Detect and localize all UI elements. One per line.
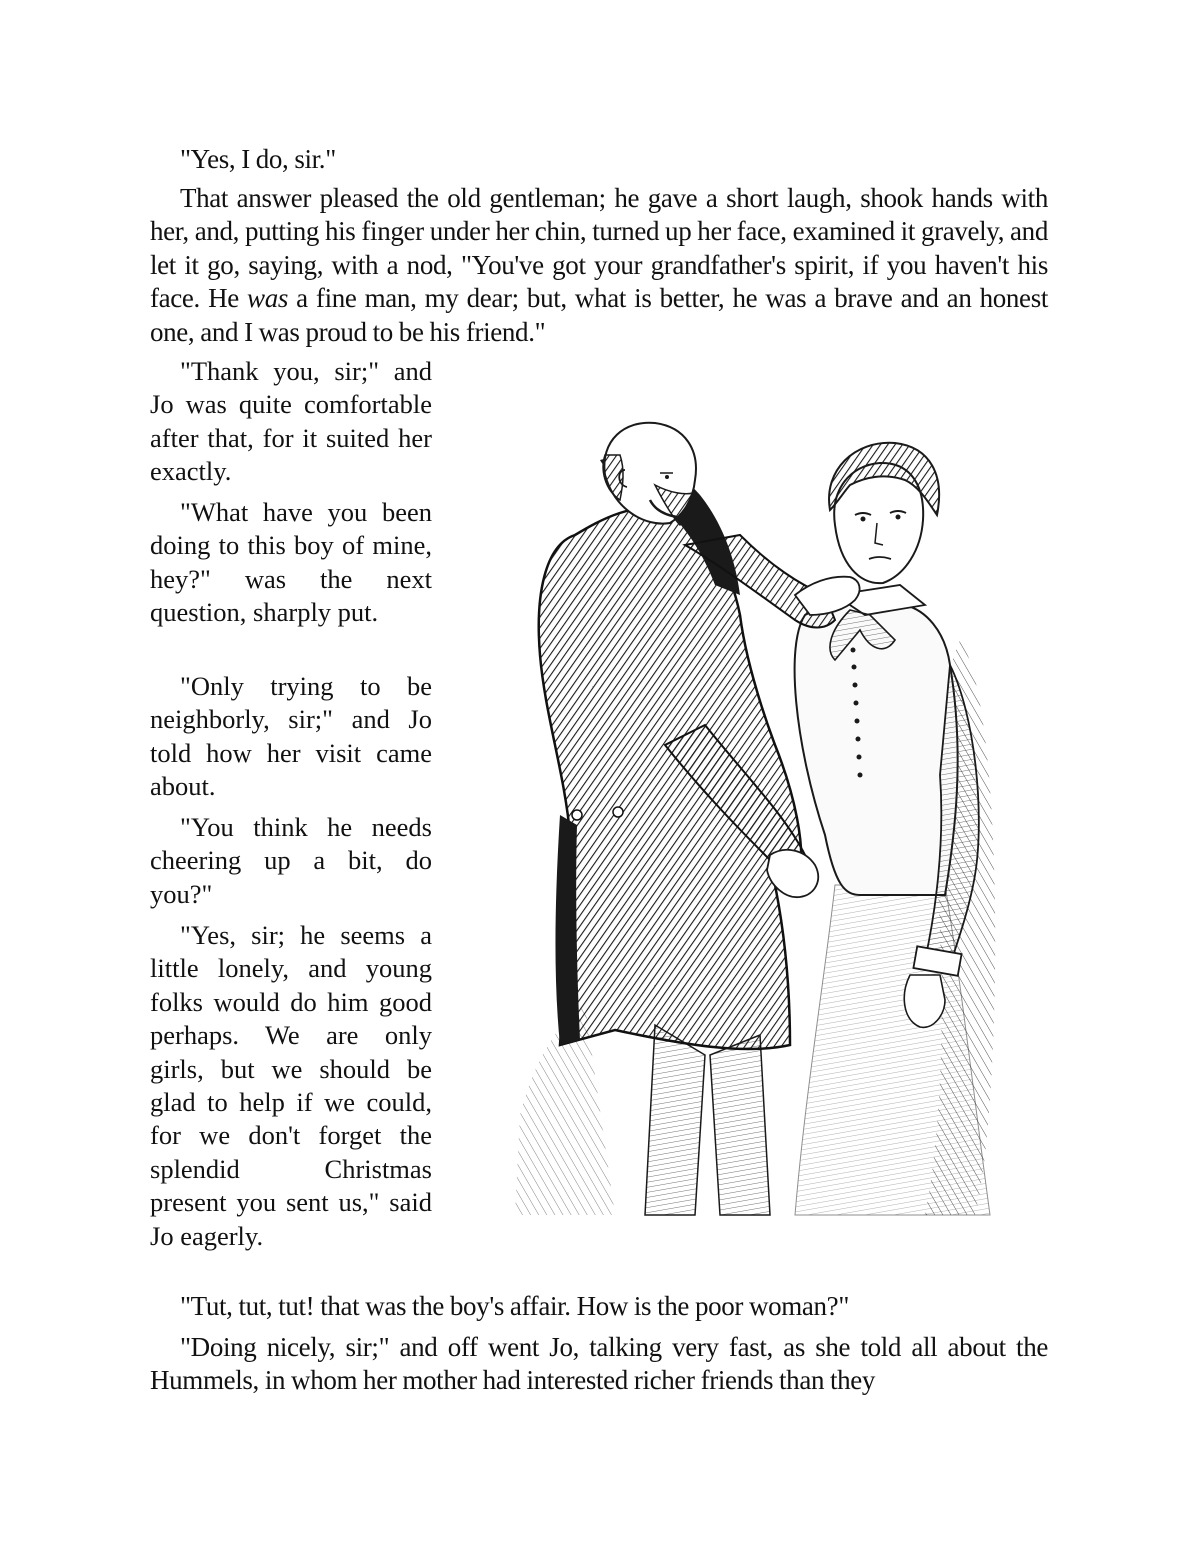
paragraph-what-have-you: "What have you been doing to this boy of… <box>150 496 432 630</box>
paragraph-text: "Thank you, sir;" and Jo was quite comfo… <box>150 356 432 486</box>
paragraph-text: "Yes, sir; he seems a little lonely, and… <box>150 920 432 1251</box>
paragraph-answer-pleased: That answer pleased the old gentleman; h… <box>150 182 1048 349</box>
paragraph-text: "Yes, I do, sir." <box>180 144 336 174</box>
paragraph-tut-tut: "Tut, tut, tut! that was the boy's affai… <box>150 1290 1048 1323</box>
paragraph-yes-i-do: "Yes, I do, sir." <box>150 143 1048 176</box>
paragraph-text: "You think he needs cheering up a bit, d… <box>150 812 432 909</box>
paragraph-text: "Doing nicely, sir;" and off went Jo, ta… <box>150 1332 1048 1395</box>
paragraph-thank-you: "Thank you, sir;" and Jo was quite comfo… <box>150 355 432 489</box>
paragraph-only-trying: "Only trying to be neighborly, sir;" and… <box>150 670 432 804</box>
italic-emphasis: was <box>247 283 288 313</box>
paragraph-text: "What have you been doing to this boy of… <box>150 497 432 627</box>
paragraph-text: "Only trying to be neighborly, sir;" and… <box>150 671 432 801</box>
book-page: "Yes, I do, sir." That answer pleased th… <box>0 0 1200 1552</box>
paragraph-text: "Tut, tut, tut! that was the boy's affai… <box>180 1291 849 1321</box>
paragraph-you-think: "You think he needs cheering up a bit, d… <box>150 811 432 911</box>
gentleman-and-girl-engraving-icon <box>505 415 1000 1225</box>
paragraph-yes-sir-lonely: "Yes, sir; he seems a little lonely, and… <box>150 919 432 1253</box>
paragraph-doing-nicely: "Doing nicely, sir;" and off went Jo, ta… <box>150 1331 1048 1398</box>
engraving-illustration <box>505 415 1000 1225</box>
